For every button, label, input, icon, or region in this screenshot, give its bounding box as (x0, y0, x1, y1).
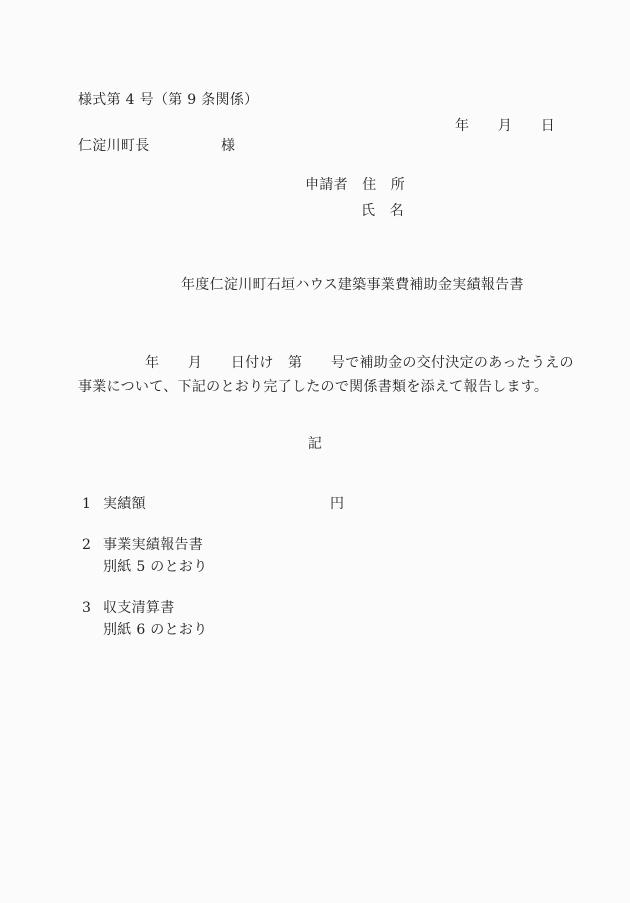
item-2-attachment: 別紙 5 のとおり (103, 558, 208, 576)
body-line-2: 事業について、下記のとおり完了したので関係書類を添えて報告します。 (78, 378, 548, 396)
item-2-label: 事業実績報告書 (103, 536, 203, 554)
document-title: 年度仁淀川町石垣ハウス建築事業費補助金実績報告書 (181, 276, 524, 294)
body-line-1: 年 月 日付け 第 号で補助金の交付決定のあったうえの (145, 354, 574, 372)
item-1-number: 1 (82, 495, 91, 513)
item-3-number: 3 (82, 599, 91, 617)
item-1-label: 実績額 (103, 495, 146, 513)
applicant-name-row: 氏 名 (361, 202, 404, 220)
date-line: 年 月 日 (455, 117, 555, 135)
item-3-label: 収支清算書 (103, 599, 175, 617)
form-number: 様式第 4 号（第 9 条関係） (78, 91, 258, 109)
report-form-page: 様式第 4 号（第 9 条関係） 年 月 日 仁淀川町長 様 申請者 住 所 氏… (0, 0, 630, 903)
addressee-line: 仁淀川町長 様 (78, 137, 235, 155)
item-2-number: 2 (82, 536, 91, 554)
applicant-address-row: 申請者 住 所 (305, 176, 405, 194)
item-1-unit: 円 (330, 495, 344, 513)
record-heading: 記 (0, 435, 630, 453)
item-3-attachment: 別紙 6 のとおり (103, 621, 208, 639)
